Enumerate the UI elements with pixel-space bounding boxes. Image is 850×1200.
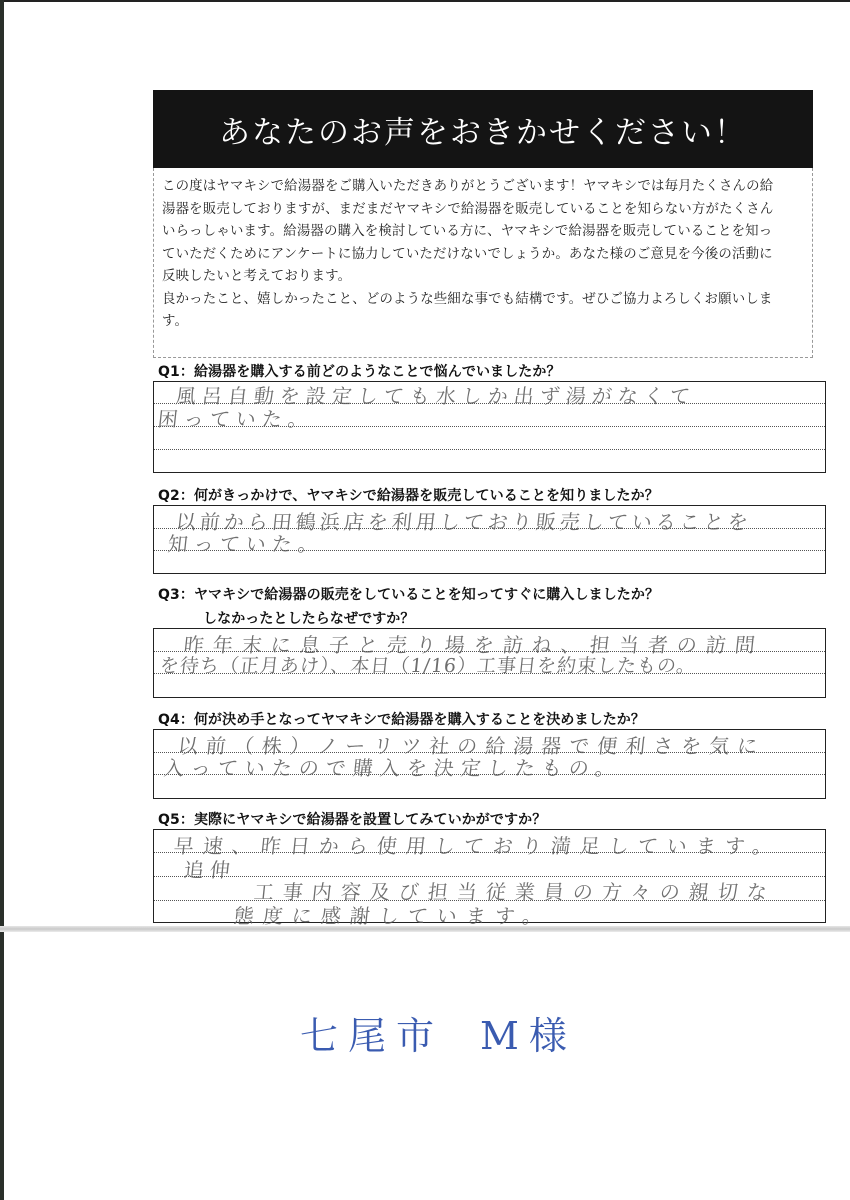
ruled-line xyxy=(154,449,825,450)
customer-signature: 七尾市M様 xyxy=(300,1005,577,1060)
intro-box: この度はヤマキシで給湯器をご購入いただきありがとうございます！ヤマキシでは毎月た… xyxy=(153,168,813,358)
signature-city: 七尾市 xyxy=(300,1014,444,1058)
page-fold-divider xyxy=(0,926,850,932)
intro-line: 湯器を販売しておりますが、まだまだヤマキシで給湯器を販売していることを知らない方… xyxy=(162,199,802,222)
page-title: あなたのお声をおきかせください！ xyxy=(219,107,747,152)
question-1-label: Q1：給湯器を購入する前どのようなことで悩んでいましたか？ xyxy=(158,361,561,381)
question-4-label: Q4：何が決め手となってヤマキシで給湯器を購入することを決めましたか？ xyxy=(158,709,645,729)
question-2-label: Q2：何がきっかけで、ヤマキシで給湯器を販売していることを知りましたか？ xyxy=(158,485,659,505)
answer-box-1[interactable]: 風呂自動を設定しても水しか出ず湯がなくて 困っていた。 xyxy=(153,381,826,473)
question-5-label: Q5：実際にヤマキシで給湯器を設置してみていかがですか？ xyxy=(158,809,546,829)
handwritten-answer-line: 態度に感謝しています。 xyxy=(232,900,552,929)
answer-box-2[interactable]: 以前から田鶴浜店を利用しており販売していることを 知っていた。 xyxy=(153,505,826,574)
title-banner: あなたのお声をおきかせください！ xyxy=(153,90,813,168)
intro-line: 良かったこと、嬉しかったこと、どのような些細な事でも結構です。ぜひご協力よろしく… xyxy=(162,289,802,312)
intro-line: 反映したいと考えております。 xyxy=(162,266,802,289)
handwritten-answer-line: 入っていたので購入を決定したもの。 xyxy=(162,752,623,781)
signature-name: M様 xyxy=(480,1014,577,1058)
handwritten-answer-line: 早速、昨日から使用しており満足しています。 xyxy=(172,830,782,859)
intro-line: いらっしゃいます。給湯器の購入を検討している方に、ヤマキシで給湯器を販売している… xyxy=(162,221,802,244)
handwritten-answer-line: 知っていた。 xyxy=(166,528,325,557)
question-3-sublabel: しなかったとしたらなぜですか？ xyxy=(203,608,415,628)
intro-line: す。 xyxy=(162,311,802,334)
scan-edge-left xyxy=(0,0,4,1200)
scan-edge-top xyxy=(0,0,850,2)
intro-line: この度はヤマキシで給湯器をご購入いただきありがとうございます！ヤマキシでは毎月た… xyxy=(162,176,802,199)
intro-line: ていただくためにアンケートに協力していただけないでしょうか。あなた様のご意見を今… xyxy=(162,244,802,267)
handwritten-answer-line: 追伸 xyxy=(182,854,237,883)
answer-box-5[interactable]: 早速、昨日から使用しており満足しています。 追伸 工事内容及び担当従業員の方々の… xyxy=(153,829,826,923)
handwritten-answer-line: を待ち（正月あけ）、本日（1/16）工事日を約束したもの。 xyxy=(159,651,698,678)
answer-box-4[interactable]: 以前（株）ノーリツ社の給湯器で便利さを気に 入っていたので購入を決定したもの。 xyxy=(153,729,826,799)
answer-box-3[interactable]: 昨年末に息子と売り場を訪ね、担当者の訪問 を待ち（正月あけ）、本日（1/16）工… xyxy=(153,628,826,698)
handwritten-answer-line: 困っていた。 xyxy=(156,403,315,432)
question-3-label: Q3：ヤマキシで給湯器の販売をしていることを知ってすぐに購入しましたか？ xyxy=(158,584,659,604)
